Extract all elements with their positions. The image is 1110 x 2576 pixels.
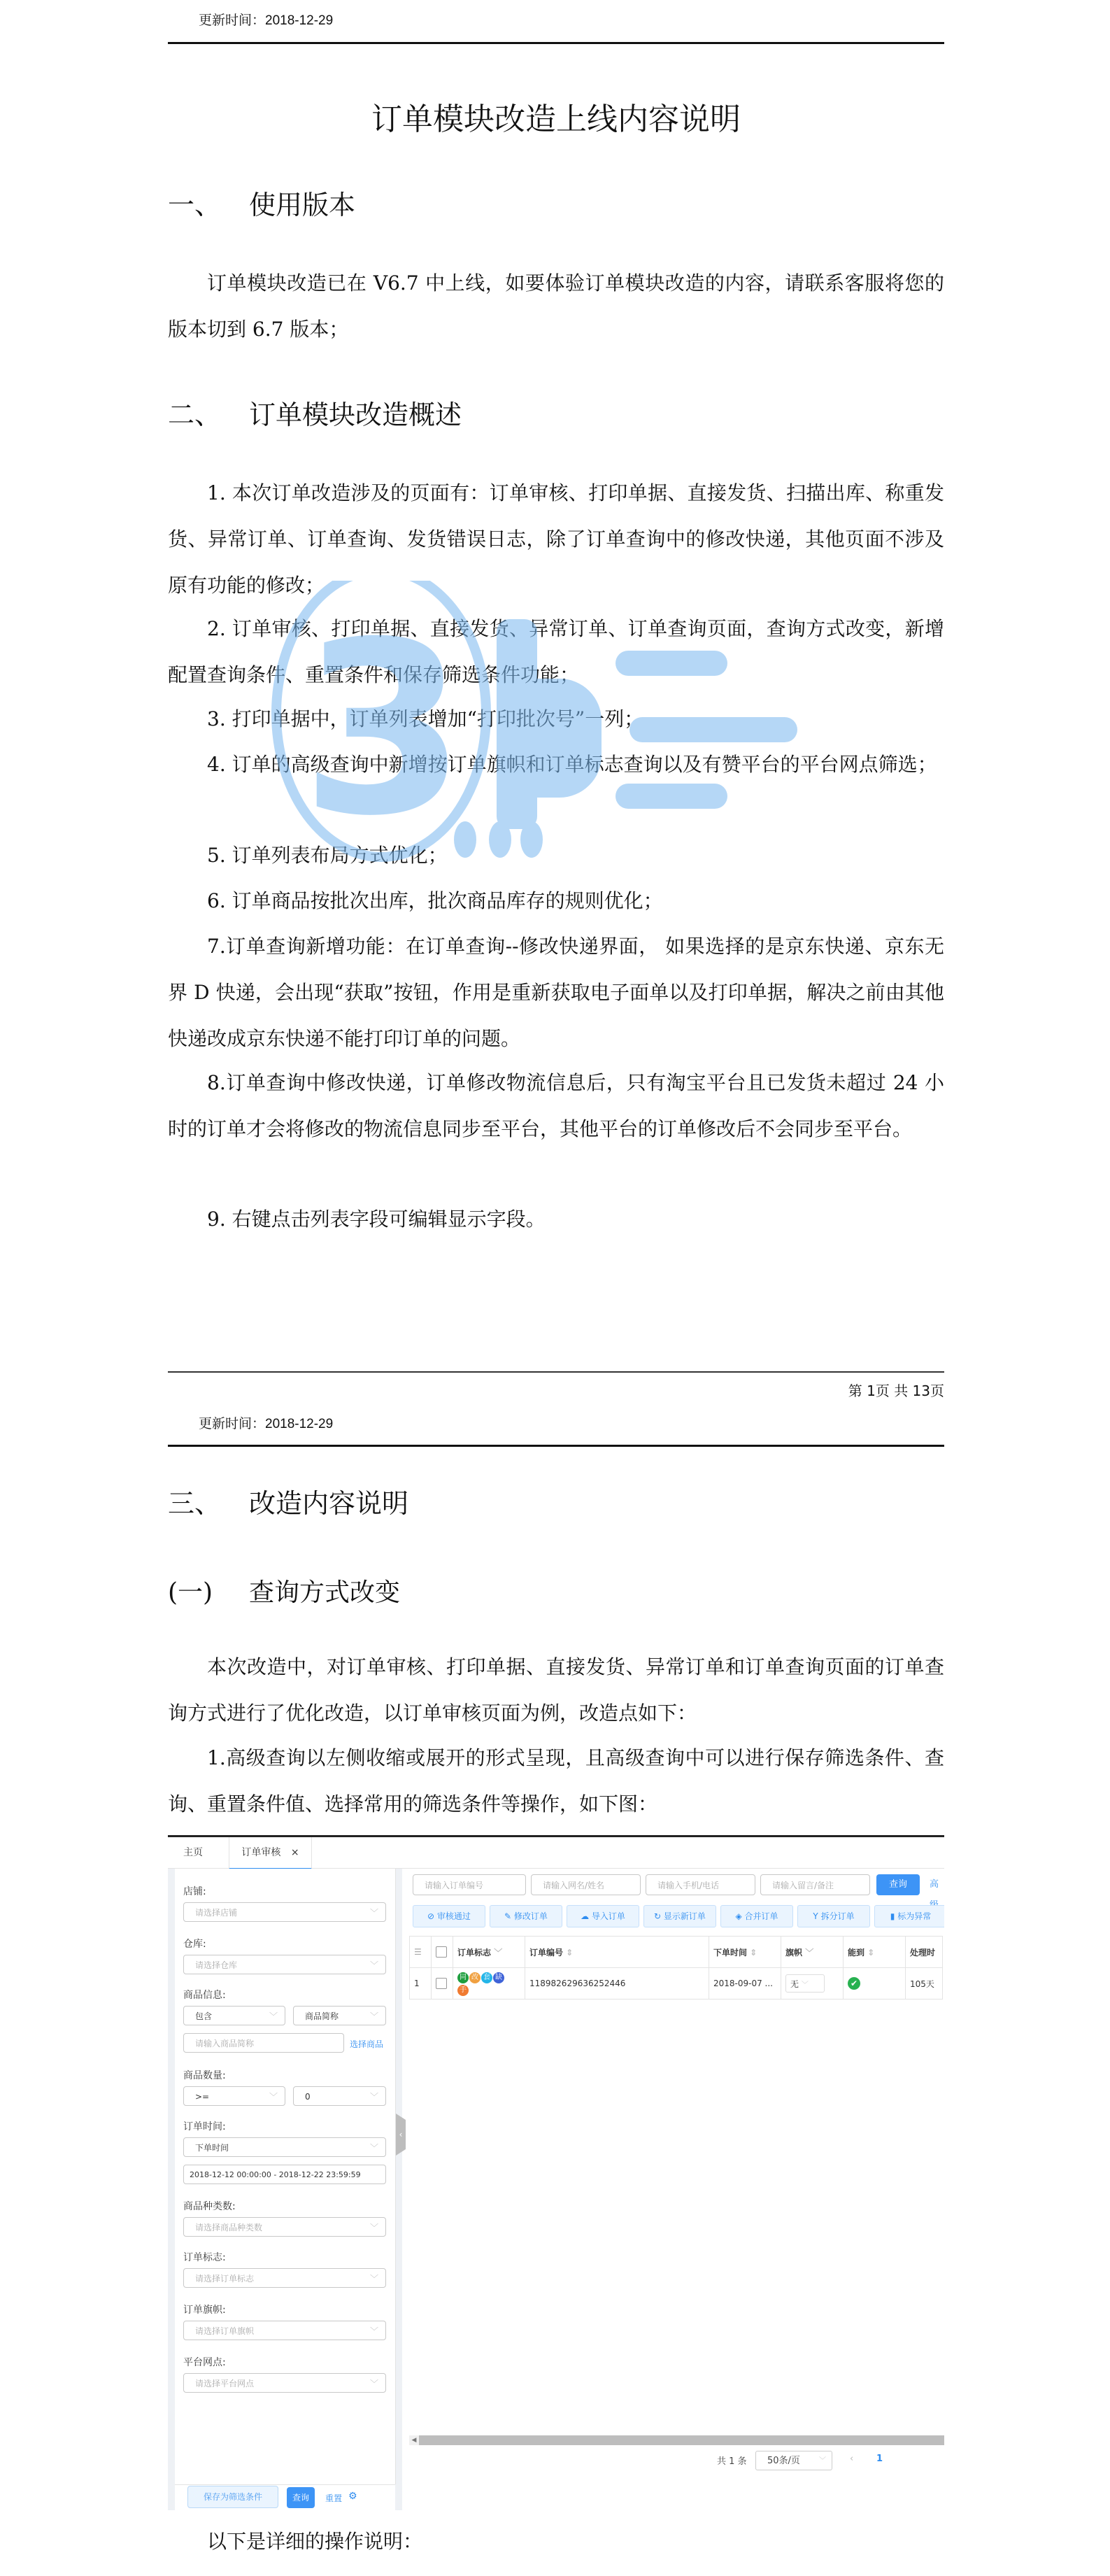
page-number: 第 1页 共 13页 bbox=[848, 1380, 944, 1400]
subsection-number: (一) bbox=[168, 1573, 249, 1608]
platform-site-label: 平台网点: bbox=[183, 2355, 226, 2369]
column-header[interactable]: 能到 ⇕ bbox=[844, 1937, 906, 1968]
bookmark-icon: ▮ bbox=[890, 1911, 897, 1921]
section-title: 改造内容说明 bbox=[249, 1488, 408, 1519]
column-header[interactable]: 下单时间 ⇕ bbox=[709, 1937, 781, 1968]
goods-match-select[interactable]: 包含﹀ bbox=[183, 2006, 285, 2025]
tag-badge: 套 bbox=[481, 1972, 492, 1983]
import-order-button[interactable]: ☁ 导入订单 bbox=[567, 1905, 639, 1927]
chevron-down-icon: ﹀ bbox=[370, 2374, 378, 2393]
process-time: 105天 bbox=[906, 1968, 943, 2000]
header-rule bbox=[168, 42, 944, 44]
tag-badge: 同 bbox=[457, 1972, 469, 1983]
chevron-left-icon: ‹ bbox=[399, 2130, 403, 2139]
order-flag-label: 订单旗帜: bbox=[183, 2302, 226, 2316]
tab-label: 订单审核 bbox=[241, 1847, 280, 1858]
tab-order-audit[interactable]: 订单审核 × bbox=[229, 1837, 312, 1869]
split-icon: Y bbox=[813, 1911, 820, 1921]
order-flag-select[interactable]: 请选择订单旗帜﹀ bbox=[183, 2321, 386, 2340]
column-settings-icon[interactable]: ☰ bbox=[410, 1937, 432, 1968]
qty-operator-value: >= bbox=[195, 2092, 209, 2102]
tag-badge: 改 bbox=[469, 1972, 481, 1983]
subsection-1-heading: (一)查询方式改变 bbox=[168, 1573, 400, 1608]
section-1-heading: 一、使用版本 bbox=[168, 183, 355, 222]
shop-label: 店铺: bbox=[183, 1884, 206, 1898]
order-list-area: 请输入订单编号 请输入网名/姓名 请输入手机/电话 请输入留言/备注 查询 高级… bbox=[409, 1869, 944, 2510]
action-toolbar: ⊘ 审核通过 ✎ 修改订单 ☁ 导入订单 ↻ 显示新订单 ◈ 合并订单 Y 拆分… bbox=[409, 1905, 944, 1930]
header-update-date: 更新时间：2018-12-29 bbox=[199, 10, 333, 29]
shop-select[interactable]: 请选择店铺﹀ bbox=[183, 1902, 386, 1922]
platform-site-placeholder: 请选择平台网点 bbox=[195, 2379, 254, 2389]
column-header[interactable]: 订单编号 ⇕ bbox=[525, 1937, 709, 1968]
section-2-heading: 二、订单模块改造概述 bbox=[168, 393, 462, 432]
tag-badge: 缺 bbox=[493, 1972, 504, 1983]
collapse-sidebar-toggle[interactable]: ‹ bbox=[396, 2114, 406, 2156]
chevron-down-icon: ﹀ bbox=[370, 1903, 378, 1923]
edit-icon: ✎ bbox=[504, 1911, 514, 1921]
merge-order-button[interactable]: ◈ 合并订单 bbox=[720, 1905, 793, 1927]
goods-name-input[interactable]: 请输入商品简称 bbox=[183, 2033, 344, 2053]
chevron-down-icon: ﹀ bbox=[805, 1948, 813, 1958]
total-count: 共 1 条 bbox=[717, 2454, 747, 2467]
sort-icon: ⇕ bbox=[750, 1948, 757, 1958]
select-goods-link[interactable]: 选择商品 bbox=[350, 2038, 383, 2050]
platform-site-select[interactable]: 请选择平台网点﹀ bbox=[183, 2373, 386, 2393]
goods-match-value: 包含 bbox=[195, 2011, 212, 2021]
button-label: 合并订单 bbox=[745, 1911, 778, 1921]
button-label: 导入订单 bbox=[592, 1911, 625, 1921]
list-item: 7.订单查询新增功能：在订单查询--修改快递界面， 如果选择的是京东快递、京东无… bbox=[168, 923, 944, 1062]
section-title: 使用版本 bbox=[249, 190, 355, 220]
row-index: 1 bbox=[410, 1968, 432, 2000]
chevron-down-icon: ﹀ bbox=[269, 2087, 278, 2107]
sort-icon: ⇕ bbox=[867, 1948, 874, 1958]
order-number-input[interactable]: 请输入订单编号 bbox=[413, 1874, 526, 1895]
goods-name-placeholder: 请输入商品简称 bbox=[195, 2039, 254, 2048]
button-label: 标为异常 bbox=[897, 1911, 931, 1921]
gear-icon[interactable]: ⚙ bbox=[348, 2491, 357, 2502]
chevron-down-icon: ﹀ bbox=[370, 2269, 378, 2288]
edit-order-button[interactable]: ✎ 修改订单 bbox=[490, 1905, 562, 1927]
qty-value: 0 bbox=[305, 2092, 311, 2102]
chevron-down-icon: ﹀ bbox=[370, 1955, 378, 1975]
table-header-row: ☰ 订单标志 ﹀ 订单编号 ⇕ 下单时间 ⇕ 旗帜 ﹀ 能到 ⇕ 处理时 bbox=[410, 1937, 943, 1968]
order-time: 2018-09-07 ... bbox=[709, 1968, 781, 2000]
mark-exception-button[interactable]: ▮ 标为异常 bbox=[874, 1905, 944, 1927]
goods-info-label: 商品信息: bbox=[183, 1988, 226, 2002]
footer-rule bbox=[168, 1371, 944, 1373]
table-row[interactable]: 1 同改套缺手 118982629636252446 2018-09-07 ..… bbox=[410, 1968, 943, 2000]
reset-link[interactable]: 重置 bbox=[325, 2492, 342, 2504]
list-item: 9. 右键点击列表字段可编辑显示字段。 bbox=[168, 1196, 944, 1243]
chevron-down-icon: ﹀ bbox=[370, 2138, 378, 2158]
goods-kind-placeholder: 请选择商品种类数 bbox=[195, 2223, 262, 2232]
tag-badge: 手 bbox=[457, 1985, 469, 1996]
header-rule bbox=[168, 1445, 944, 1447]
list-item: 2. 订单审核、打印单据、直接发货、异常订单、订单查询页面，查询方式改变，新增配… bbox=[168, 606, 944, 698]
chevron-down-icon: ﹀ bbox=[494, 1948, 502, 1958]
cloud-upload-icon: ☁ bbox=[581, 1911, 592, 1921]
phone-input[interactable]: 请输入手机/电话 bbox=[646, 1874, 755, 1895]
section-number: 二、 bbox=[168, 393, 249, 432]
button-label: 审核通过 bbox=[437, 1911, 471, 1921]
chevron-down-icon: ﹀ bbox=[819, 2451, 826, 2471]
time-type-select[interactable]: 下单时间﹀ bbox=[183, 2137, 386, 2157]
header-update-date: 更新时间：2018-12-29 bbox=[199, 1413, 333, 1432]
order-audit-screenshot: 主页 订单审核 × 店铺: 请选择店铺﹀ 仓库: 请选择仓库﹀ 商品信息: 包含… bbox=[168, 1835, 944, 2510]
layers-icon: ◈ bbox=[735, 1911, 744, 1921]
chevron-down-icon: ﹀ bbox=[370, 2218, 378, 2237]
horizontal-scrollbar[interactable]: ◀ bbox=[409, 2435, 944, 2445]
goods-kind-label: 商品种类数: bbox=[183, 2199, 236, 2213]
button-label: 拆分订单 bbox=[821, 1911, 855, 1921]
filter-actions: 保存为筛选条件 查询 重置 ⚙ bbox=[175, 2484, 395, 2510]
chevron-down-icon: ﹀ bbox=[269, 2007, 278, 2026]
page-size-select[interactable]: 50条/页﹀ bbox=[755, 2451, 832, 2470]
row-checkbox[interactable] bbox=[432, 1968, 453, 2000]
list-item: 1. 本次订单改造涉及的页面有：订单审核、打印单据、直接发货、扫描出库、称重发货… bbox=[168, 470, 944, 609]
order-time-label: 订单时间: bbox=[183, 2119, 226, 2133]
goods-field-select[interactable]: 商品简称﹀ bbox=[293, 2006, 386, 2025]
flag-select: 无 ﹀ bbox=[785, 1974, 825, 1993]
prev-page-button[interactable]: ‹ bbox=[850, 2454, 853, 2464]
flag-cell[interactable]: 无 ﹀ bbox=[781, 1968, 844, 2000]
button-label: 修改订单 bbox=[514, 1911, 548, 1921]
split-order-button[interactable]: Y 拆分订单 bbox=[797, 1905, 870, 1927]
order-mark-placeholder: 请选择订单标志 bbox=[195, 2274, 254, 2284]
column-header[interactable]: 旗帜 ﹀ bbox=[781, 1937, 844, 1968]
goods-qty-label: 商品数量: bbox=[183, 2068, 226, 2082]
reach-cell: ✔ bbox=[844, 1968, 906, 2000]
filter-panel: 店铺: 请选择店铺﹀ 仓库: 请选择仓库﹀ 商品信息: 包含﹀ 商品简称﹀ 请输… bbox=[175, 1869, 396, 2484]
shop-placeholder: 请选择店铺 bbox=[195, 1908, 237, 1918]
warehouse-select[interactable]: 请选择仓库﹀ bbox=[183, 1955, 386, 1974]
point-1-paragraph: 1.高级查询以左侧收缩或展开的形式呈现，且高级查询中可以进行保存筛选条件、查询、… bbox=[168, 1735, 944, 1827]
warehouse-placeholder: 请选择仓库 bbox=[195, 1960, 237, 1970]
show-new-orders-button[interactable]: ↻ 显示新订单 bbox=[643, 1905, 716, 1927]
approve-button[interactable]: ⊘ 审核通过 bbox=[413, 1905, 485, 1927]
column-header[interactable]: 处理时 bbox=[906, 1937, 943, 1968]
list-item: 4. 订单的高级查询中新增按订单旗帜和订单标志查询以及有赞平台的平台网点筛选； bbox=[168, 742, 944, 788]
section-1-body: 订单模块改造已在 V6.7 中上线，如要体验订单模块改造的内容，请联系客服将您的… bbox=[168, 260, 944, 353]
warehouse-label: 仓库: bbox=[183, 1937, 206, 1951]
chevron-down-icon: ﹀ bbox=[370, 2321, 378, 2341]
page-size-value: 50条/页 bbox=[767, 2456, 800, 2466]
document-title: 订单模块改造上线内容说明 bbox=[168, 94, 944, 139]
page-1-button[interactable]: 1 bbox=[876, 2454, 883, 2464]
list-item: 5. 订单列表布局方式优化； bbox=[168, 833, 944, 879]
tab-home[interactable]: 主页 bbox=[183, 1837, 203, 1868]
section-number: 一、 bbox=[168, 183, 249, 222]
chevron-down-icon: ﹀ bbox=[370, 2007, 378, 2026]
column-header[interactable]: 订单标志 ﹀ bbox=[453, 1937, 525, 1968]
list-item: 6. 订单商品按批次出库，批次商品库存的规则优化； bbox=[168, 878, 944, 924]
advanced-filter-sidebar: 店铺: 请选择店铺﹀ 仓库: 请选择仓库﹀ 商品信息: 包含﹀ 商品简称﹀ 请输… bbox=[168, 1869, 402, 2510]
button-label: 显示新订单 bbox=[664, 1911, 706, 1921]
search-button[interactable]: 查询 bbox=[876, 1874, 920, 1895]
save-filter-button[interactable]: 保存为筛选条件 bbox=[187, 2486, 278, 2508]
section-title: 订单模块改造概述 bbox=[249, 399, 462, 430]
scroll-left-icon[interactable]: ◀ bbox=[409, 2435, 419, 2445]
memo-input[interactable]: 请输入留言/备注 bbox=[760, 1874, 870, 1895]
list-item: 3. 打印单据中，订单列表增加“打印批次号”一列； bbox=[168, 696, 944, 742]
section-3-heading: 三、改造内容说明 bbox=[168, 1482, 408, 1520]
sort-icon: ⇕ bbox=[566, 1948, 573, 1958]
filter-query-button[interactable]: 查询 bbox=[287, 2487, 315, 2508]
section-number: 三、 bbox=[168, 1482, 249, 1520]
tab-bar: 主页 订单审核 × bbox=[168, 1837, 944, 1869]
time-type-value: 下单时间 bbox=[195, 2143, 229, 2153]
select-all-checkbox[interactable] bbox=[432, 1937, 453, 1968]
qty-operator-select[interactable]: >=﹀ bbox=[183, 2086, 285, 2106]
refresh-icon: ↻ bbox=[654, 1911, 664, 1921]
after-screenshot-paragraph: 以下是详细的操作说明： bbox=[168, 2519, 944, 2565]
qty-value-select[interactable]: 0﹀ bbox=[293, 2086, 386, 2106]
goods-field-value: 商品简称 bbox=[305, 2011, 339, 2021]
check-circle-icon: ⊘ bbox=[427, 1911, 437, 1921]
intro-paragraph: 本次改造中，对订单审核、打印单据、直接发货、异常订单和订单查询页面的订单查询方式… bbox=[168, 1644, 944, 1736]
order-mark-label: 订单标志: bbox=[183, 2250, 226, 2264]
order-flag-placeholder: 请选择订单旗帜 bbox=[195, 2326, 254, 2336]
nickname-input[interactable]: 请输入网名/姓名 bbox=[531, 1874, 641, 1895]
chevron-down-icon: ﹀ bbox=[370, 2087, 378, 2107]
order-number: 118982629636252446 bbox=[525, 1968, 709, 2000]
check-circle-icon: ✔ bbox=[848, 1977, 860, 1990]
list-item: 8.订单查询中修改快递，订单修改物流信息后，只有淘宝平台且已发货未超过 24 小… bbox=[168, 1060, 944, 1152]
time-range-input[interactable]: 2018-12-12 00:00:00 - 2018-12-22 23:59:5… bbox=[183, 2165, 386, 2184]
order-table: ☰ 订单标志 ﹀ 订单编号 ⇕ 下单时间 ⇕ 旗帜 ﹀ 能到 ⇕ 处理时 1 同… bbox=[409, 1936, 943, 2000]
subsection-title: 查询方式改变 bbox=[249, 1578, 400, 1607]
goods-kind-select[interactable]: 请选择商品种类数﹀ bbox=[183, 2217, 386, 2237]
order-mark-select[interactable]: 请选择订单标志﹀ bbox=[183, 2268, 386, 2288]
order-tags: 同改套缺手 bbox=[453, 1968, 525, 2000]
close-icon[interactable]: × bbox=[291, 1847, 299, 1858]
